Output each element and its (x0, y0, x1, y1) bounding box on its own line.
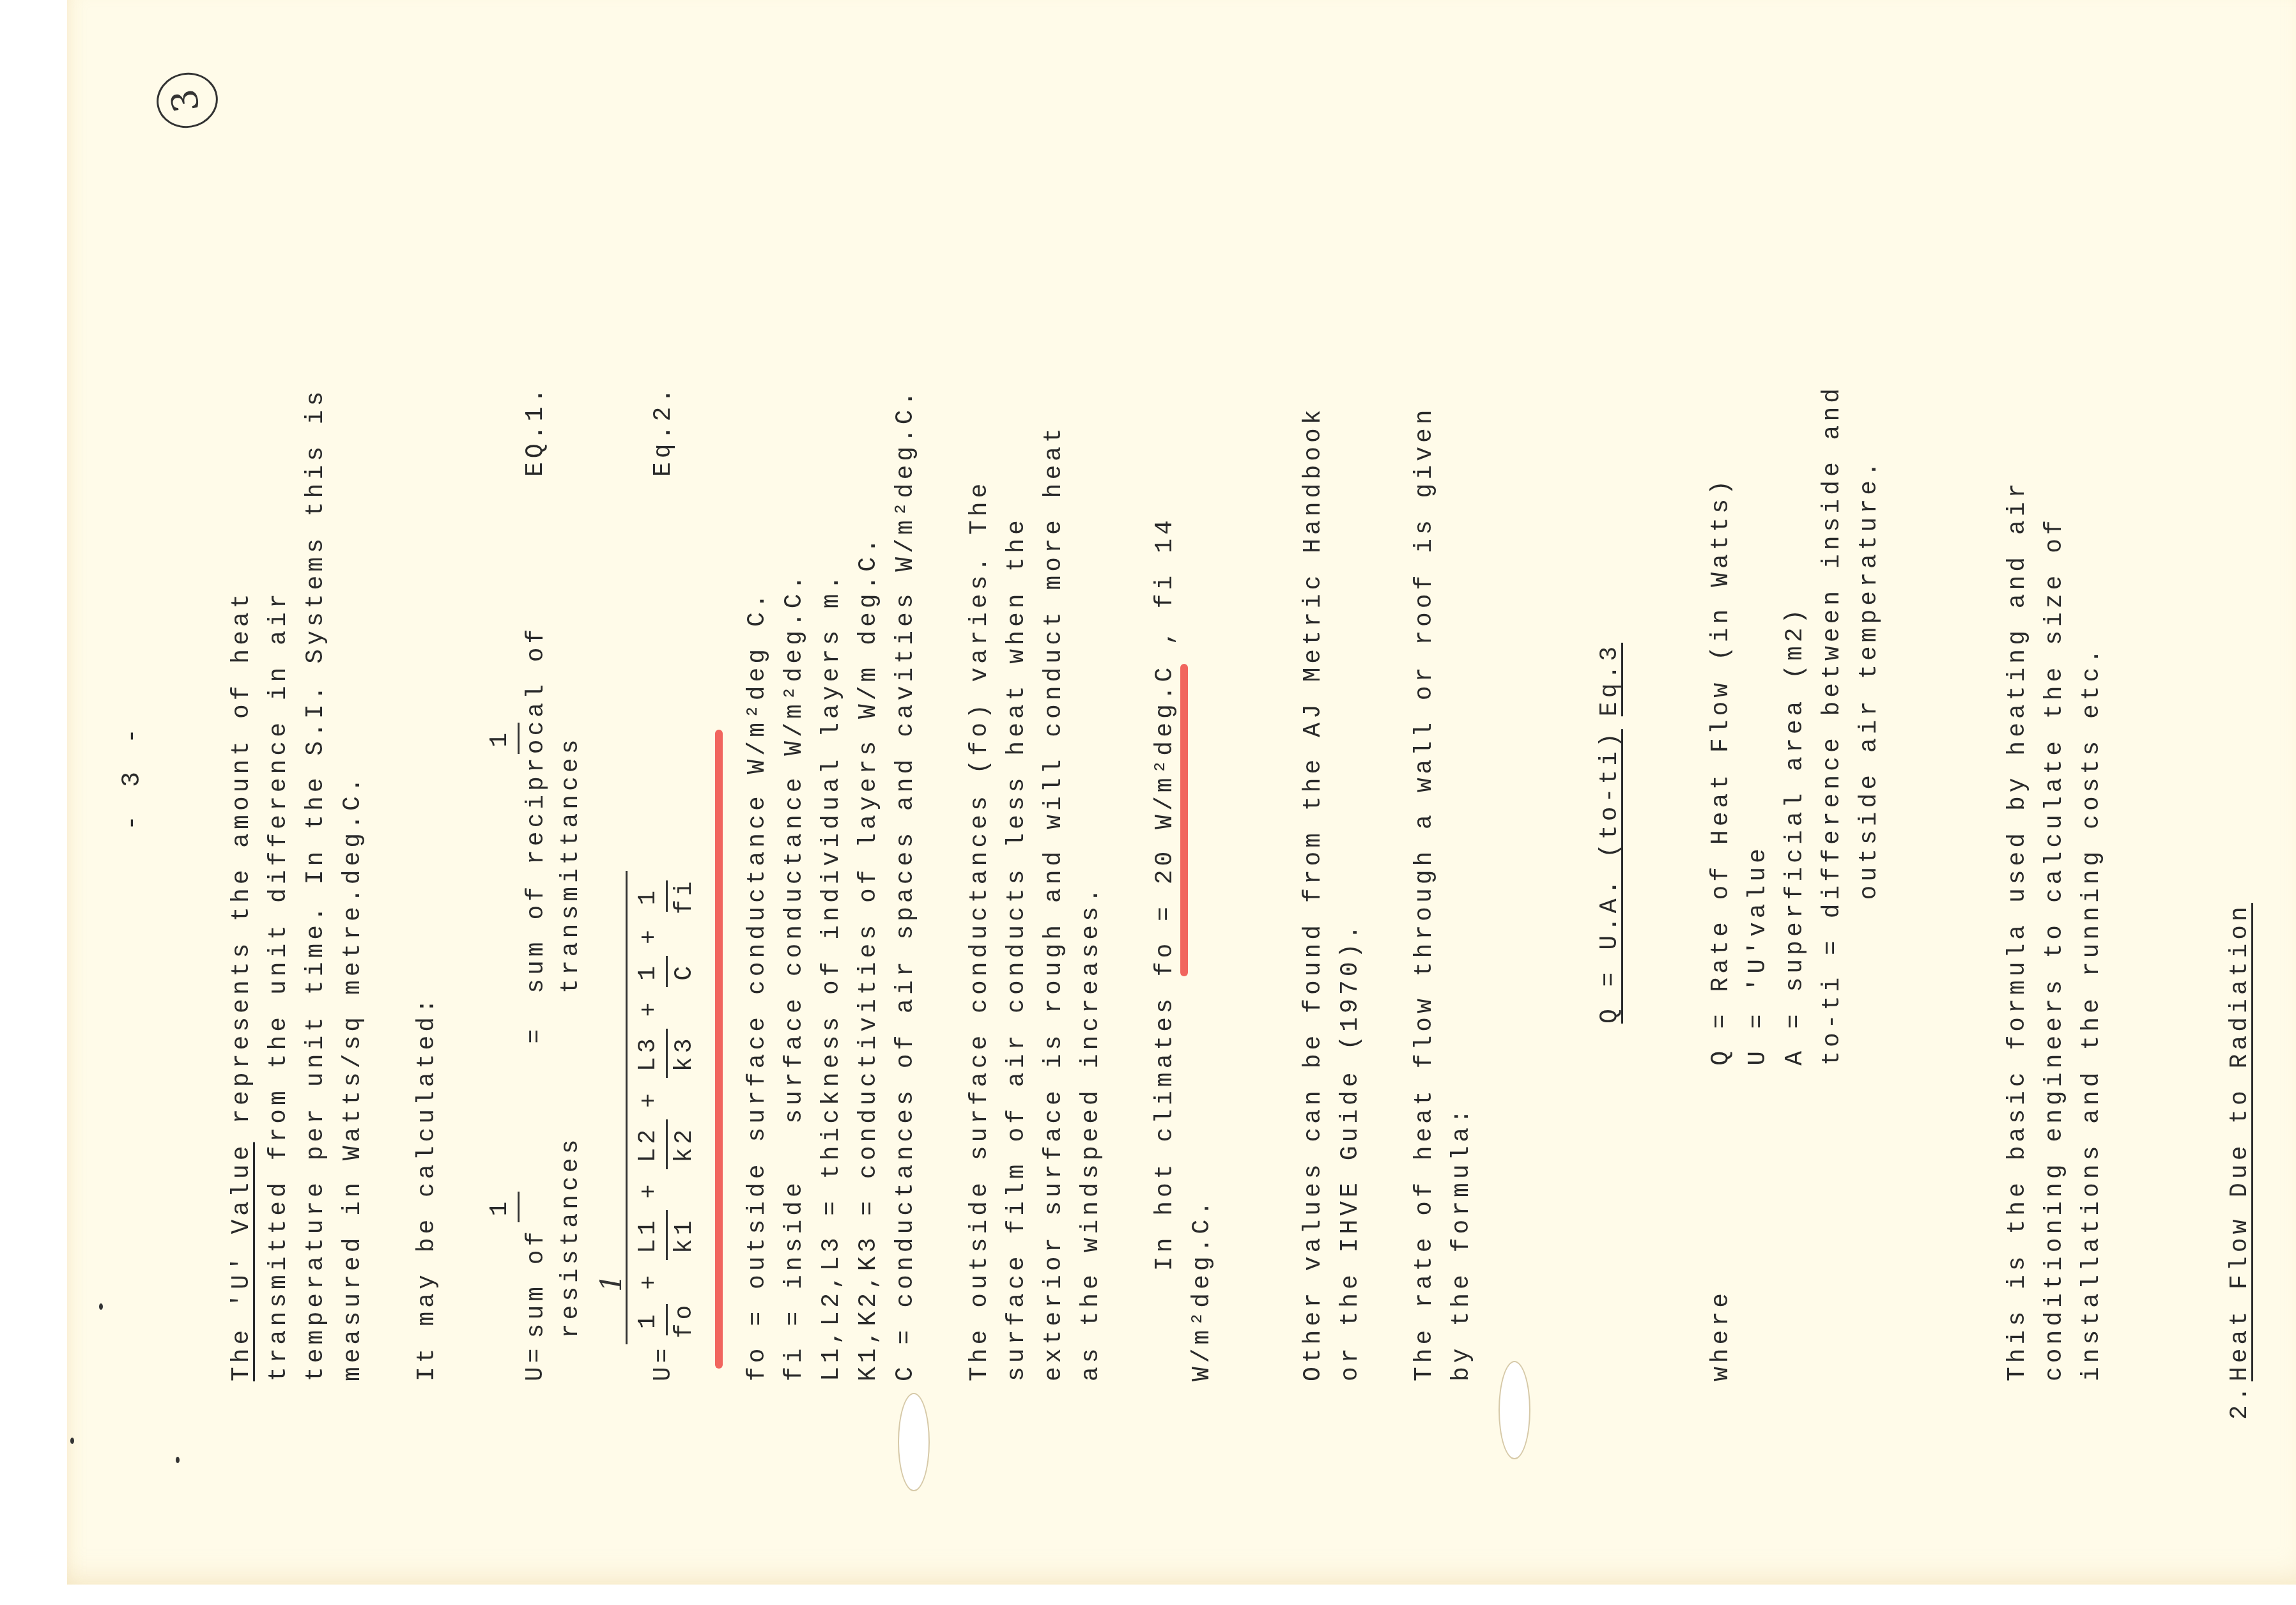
section-2: 2. Heat Flow Due to Radiation (2148, 385, 2296, 1381)
eq1-frac1-den: sum of resistances (520, 1076, 589, 1339)
eq1-frac2-num: 1 (483, 723, 520, 754)
u-value-term: The 'U' Value (228, 1142, 256, 1381)
eq2-term: 1C (631, 956, 702, 987)
equation-1: U= 1 sum of resistances = 1 sum of recip… (483, 385, 589, 1381)
eq3-definition-item: A = superficial area (m2) (1777, 385, 1814, 1066)
red-marker-underline (1180, 664, 1188, 977)
eq3-definitions: Q = Rate of Heat Flow (in Watts)U = 'U'v… (1703, 385, 1888, 1066)
definition-item: fo = outside surface conductance W/m²deg… (739, 385, 776, 1381)
eq2-term-den: fi (668, 877, 702, 914)
eq2-term-num: 1 (631, 880, 668, 912)
plus-sign: + (631, 1271, 702, 1290)
intro-paragraph: The 'U' Value represents the amount of h… (224, 385, 372, 1381)
eq3-where-row: where Q = Rate of Heat Flow (in Watts)U … (1703, 385, 1888, 1381)
surface-text: The outside surface conductances (fo) va… (966, 406, 1105, 1381)
eq2-term-num: L2 (631, 1119, 668, 1169)
equation-2-block: 1 U= 1fo+L1k1+L2k2+L3k3+1C+1fi Eq.2. (626, 385, 702, 1381)
definition-item: C = conductances of air spaces and cavit… (888, 385, 925, 1381)
eq2-term-den: k2 (668, 1126, 702, 1163)
definitions-list: fo = outside surface conductance W/m²deg… (739, 385, 925, 1381)
eq1-frac2-den: sum of reciprocal of transmittances (520, 483, 589, 994)
eq1-frac1-num: 1 (483, 1192, 520, 1223)
eq2-term: 1fi (631, 877, 702, 914)
hot-climates-line: In hot climates fo = 20 W/m²deg.C , fi 1… (1110, 385, 1258, 1381)
eq1-equals: = (518, 1025, 555, 1044)
eq1-fraction-resistances: 1 sum of resistances (483, 1076, 589, 1339)
eq3-label: Eq.3 (1592, 643, 1629, 716)
circled-page-mark: 3 (152, 68, 222, 132)
eq2-term-den: fo (668, 1302, 702, 1339)
equation-2: U= 1fo+L1k1+L2k2+L3k3+1C+1fi Eq.2. (626, 385, 702, 1381)
rate-intro-paragraph: The rate of heat flow through a wall or … (1406, 385, 1481, 1381)
eq3-formula: Q = U.A. (to-ti) (1592, 729, 1629, 1024)
eq2-term-num: 1 (631, 1304, 668, 1335)
eq3-definition-item: to-ti = difference between inside and (1814, 385, 1851, 1066)
eq2-term: L3k3 (631, 1029, 702, 1079)
definition-item: L1,L2,L3 = thickness of individual layer… (813, 385, 851, 1381)
eq2-term: 1fo (631, 1302, 702, 1339)
eq3-definition-item: outside air temperature. (1851, 385, 1888, 1066)
calc-intro: It may be calculated: (409, 385, 446, 1381)
eq3-definition-item: Q = Rate of Heat Flow (in Watts) (1703, 385, 1740, 1066)
basic-formula-paragraph: This is the basic formula used by heatin… (1999, 385, 2111, 1381)
definition-item: fi = inside surface conductance W/m²deg.… (776, 385, 813, 1381)
eq2-handwritten-numerator: 1 (594, 1270, 631, 1292)
other-values-paragraph: Other values can be found from the AJ Me… (1295, 385, 1369, 1381)
equation-3-block: Q = U.A. (to-ti) Eq.3 where Q = Rate of … (1518, 385, 1962, 1381)
document-body: The 'U' Value represents the amount of h… (224, 385, 2296, 1381)
hot-climates-prefix: In hot climates (1152, 976, 1179, 1271)
eq2-denominator: 1fo+L1k1+L2k2+L3k3+1C+1fi (626, 871, 702, 1344)
where-label: where (1703, 1066, 1740, 1381)
plus-sign: + (631, 926, 702, 944)
fo-value: fo = 20 W/m²deg.C (1152, 664, 1179, 977)
eq2-label: Eq.2. (645, 385, 682, 477)
section-heading: Heat Flow Due to Radiation (2222, 903, 2259, 1381)
hot-climates-sep: , (1152, 608, 1179, 663)
eq3-formula-row: Q = U.A. (to-ti) Eq.3 (1592, 385, 1629, 1381)
eq1-lhs: U= (518, 1344, 555, 1381)
eq2-term-den: k1 (668, 1217, 702, 1254)
eq2-term-den: k3 (668, 1035, 702, 1072)
plus-sign: + (631, 1089, 702, 1108)
fo-value-text: fo = 20 W/m²deg.C (1152, 664, 1179, 977)
red-marker-underline (715, 730, 723, 1369)
section-number: 2. (2222, 1381, 2259, 1420)
eq1-label: EQ.1. (518, 385, 555, 477)
plus-sign: + (631, 999, 702, 1017)
eq2-lhs: U= (645, 1344, 682, 1381)
eq2-term-num: L1 (631, 1210, 668, 1260)
eq2-term: L1k1 (631, 1210, 702, 1260)
eq1-fraction-transmittances: 1 sum of reciprocal of transmittances (483, 483, 589, 994)
eq3-definition-item: U = 'U'value (1740, 385, 1777, 1066)
plus-sign: + (631, 1181, 702, 1199)
page-number: - 3 - (118, 722, 147, 831)
section-2-heading-row: 2. Heat Flow Due to Radiation (2222, 385, 2259, 1381)
surface-conductance-paragraph: The outside surface conductances (fo) va… (962, 385, 1110, 1381)
rotated-document-page: - 3 - 3 The 'U' Value represents the amo… (67, 0, 2296, 1585)
eq2-term-num: L3 (631, 1029, 668, 1079)
eq2-term-den: C (668, 962, 702, 981)
eq2-term-num: 1 (631, 956, 668, 987)
definition-item: K1,K2,K3 = conductivities of layers W/m … (851, 385, 888, 1381)
eq2-term: L2k2 (631, 1119, 702, 1169)
